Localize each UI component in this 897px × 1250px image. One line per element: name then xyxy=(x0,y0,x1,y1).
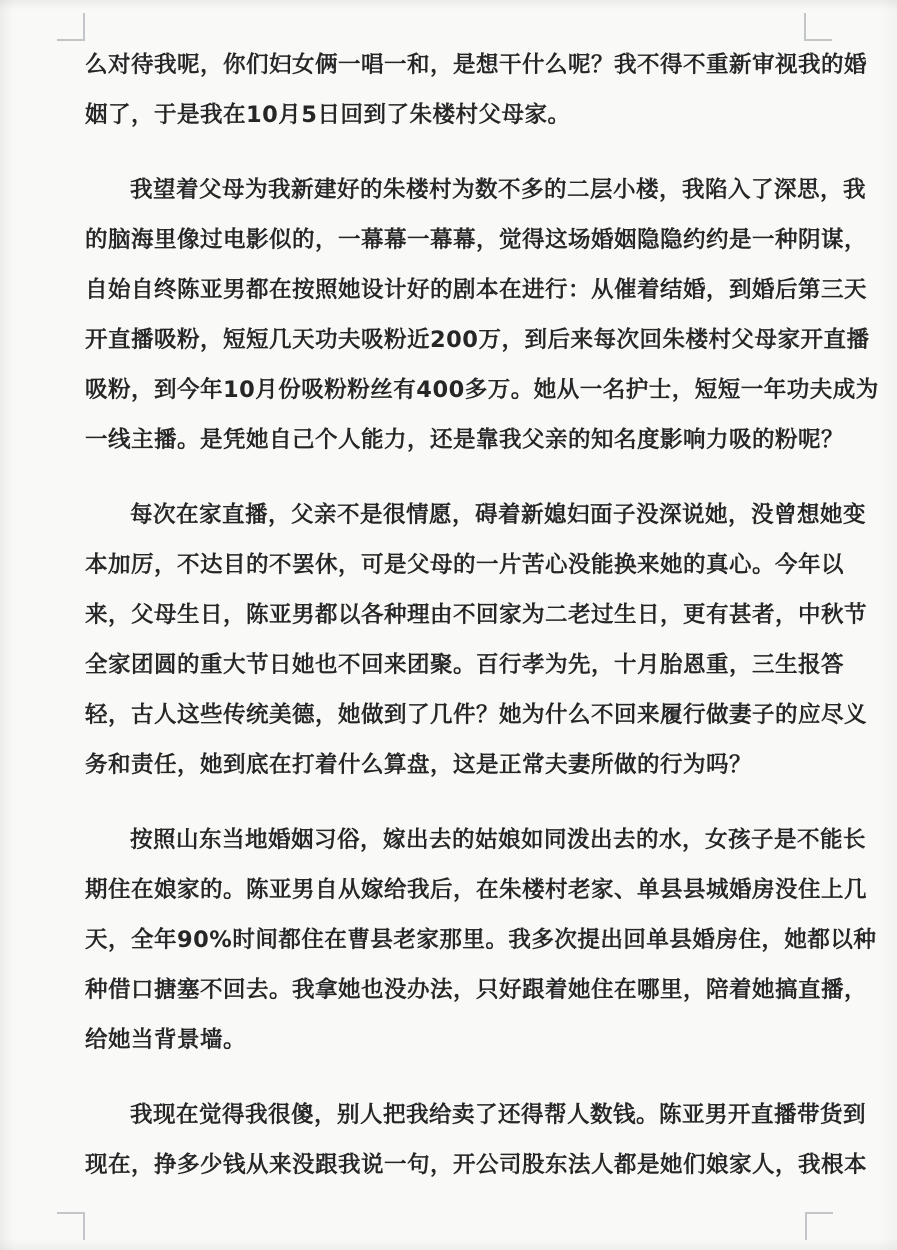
text-line: 现在，挣多少钱从来没跟我说一句，开公司股东法人都是她们娘家人，我根本 xyxy=(85,1140,817,1190)
text-line: 自始自终陈亚男都在按照她设计好的剧本在进行：从催着结婚，到婚后第三天 xyxy=(85,265,817,315)
paragraph: 么对待我呢，你们妇女俩一唱一和，是想干什么呢？我不得不重新审视我的婚姻了，于是我… xyxy=(85,40,817,140)
text-line: 一线主播。是凭她自己个人能力，还是靠我父亲的知名度影响力吸的粉呢？ xyxy=(85,415,817,465)
text-line: 开直播吸粉，短短几天功夫吸粉近200万，到后来每次回朱楼村父母家开直播 xyxy=(85,315,817,365)
text-line: 每次在家直播，父亲不是很情愿，碍着新媳妇面子没深说她，没曾想她变 xyxy=(85,490,817,540)
text-line: 轻，古人这些传统美德，她做到了几件？她为什么不回来履行做妻子的应尽义 xyxy=(85,690,817,740)
text-line: 期住在娘家的。陈亚男自从嫁给我后，在朱楼村老家、单县县城婚房没住上几 xyxy=(85,865,817,915)
paragraph: 我现在觉得我很傻，别人把我给卖了还得帮人数钱。陈亚男开直播带货到现在，挣多少钱从… xyxy=(85,1090,817,1190)
paragraph: 每次在家直播，父亲不是很情愿，碍着新媳妇面子没深说她，没曾想她变本加厉，不达目的… xyxy=(85,490,817,790)
text-line: 吸粉，到今年10月份吸粉粉丝有400多万。她从一名护士，短短一年功夫成为 xyxy=(85,365,817,415)
text-boundary-corner-top-right-mark xyxy=(804,13,832,41)
text-line: 么对待我呢，你们妇女俩一唱一和，是想干什么呢？我不得不重新审视我的婚 xyxy=(85,40,817,90)
text-line: 来，父母生日，陈亚男都以各种理由不回家为二老过生日，更有甚者，中秋节 xyxy=(85,590,817,640)
paragraph: 我望着父母为我新建好的朱楼村为数不多的二层小楼，我陷入了深思，我的脑海里像过电影… xyxy=(85,165,817,465)
text-line: 务和责任，她到底在打着什么算盘，这是正常夫妻所做的行为吗？ xyxy=(85,740,817,790)
text-boundary-corner-bottom-right-mark xyxy=(805,1212,833,1240)
text-line: 的脑海里像过电影似的，一幕幕一幕幕，觉得这场婚姻隐隐约约是一种阴谋， xyxy=(85,215,817,265)
document-page: 么对待我呢，你们妇女俩一唱一和，是想干什么呢？我不得不重新审视我的婚姻了，于是我… xyxy=(0,0,897,1250)
text-line: 姻了，于是我在10月5日回到了朱楼村父母家。 xyxy=(85,90,817,140)
text-line: 本加厉，不达目的不罢休，可是父母的一片苦心没能换来她的真心。今年以 xyxy=(85,540,817,590)
document-body: 么对待我呢，你们妇女俩一唱一和，是想干什么呢？我不得不重新审视我的婚姻了，于是我… xyxy=(85,40,817,1215)
text-line: 我现在觉得我很傻，别人把我给卖了还得帮人数钱。陈亚男开直播带货到 xyxy=(85,1090,817,1140)
text-boundary-corner-bottom-left-mark xyxy=(57,1212,85,1240)
paragraph: 按照山东当地婚姻习俗，嫁出去的姑娘如同泼出去的水，女孩子是不能长期住在娘家的。陈… xyxy=(85,815,817,1065)
text-line: 全家团圆的重大节日她也不回来团聚。百行孝为先，十月胎恩重，三生报答 xyxy=(85,640,817,690)
text-line: 我望着父母为我新建好的朱楼村为数不多的二层小楼，我陷入了深思，我 xyxy=(85,165,817,215)
text-line: 天，全年90%时间都住在曹县老家那里。我多次提出回单县婚房住，她都以种 xyxy=(85,915,817,965)
text-line: 种借口搪塞不回去。我拿她也没办法，只好跟着她住在哪里，陪着她搞直播， xyxy=(85,965,817,1015)
text-line: 给她当背景墙。 xyxy=(85,1015,817,1065)
text-line: 按照山东当地婚姻习俗，嫁出去的姑娘如同泼出去的水，女孩子是不能长 xyxy=(85,815,817,865)
text-boundary-corner-top-left-mark xyxy=(57,13,85,41)
